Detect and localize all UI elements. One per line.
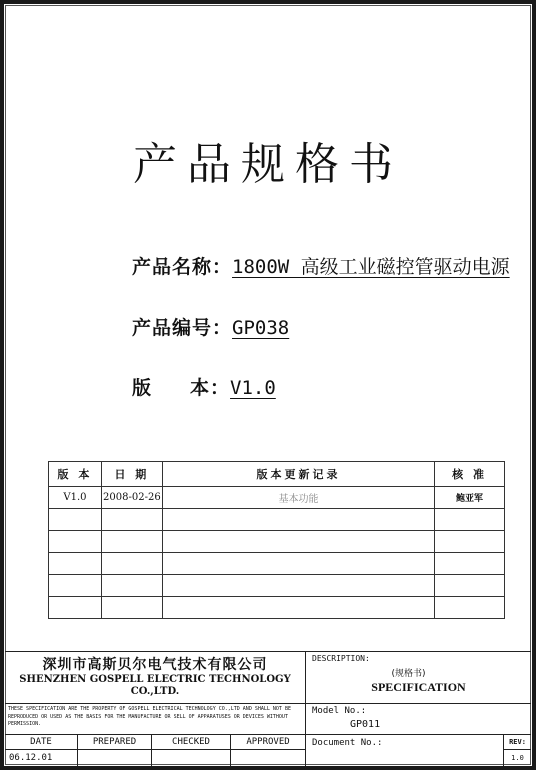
model-value: GP011: [350, 719, 525, 730]
version-label-part2: 本：: [190, 377, 230, 399]
revision-table: 版 本 日 期 版本更新记录 核 准 V1.0 2008-02-26 基本功能 …: [48, 461, 505, 619]
product-name-field: 产品名称：1800W 高级工业磁控管驱动电源: [132, 252, 510, 279]
header-change-log: 版本更新记录: [162, 462, 434, 487]
cell-version: [49, 553, 102, 575]
rev-value: 1.0: [504, 750, 531, 766]
description-cn: (规格书): [292, 666, 525, 679]
description-label: DESCRIPTION:: [312, 654, 525, 663]
product-number-value: GP038: [232, 317, 289, 339]
cell-version: [49, 509, 102, 531]
sig-value-checked: [152, 750, 231, 766]
document-number-cell: Document No.:: [306, 735, 504, 766]
sig-value-prepared: [78, 750, 152, 766]
version-field: 版本：V1.0: [132, 373, 276, 400]
cell-date: [101, 597, 162, 619]
cell-version: V1.0: [49, 487, 102, 509]
sig-header-prepared: PREPARED: [78, 735, 152, 750]
cell-version: [49, 575, 102, 597]
cell-approval: [435, 531, 505, 553]
cell-change-log: [162, 553, 434, 575]
property-notice: THESE SPECIFICATION ARE THE PROPERTY OF …: [5, 704, 306, 735]
product-name-value: 1800W 高级工业磁控管驱动电源: [232, 256, 510, 278]
cell-change-log: 基本功能: [162, 487, 434, 509]
table-row: [49, 597, 505, 619]
version-value: V1.0: [230, 377, 276, 399]
table-row: [49, 509, 505, 531]
cell-change-log: [162, 597, 434, 619]
cell-change-log: [162, 509, 434, 531]
version-label: 版本：: [132, 377, 230, 399]
table-row: [49, 531, 505, 553]
document-title: 产品规格书: [0, 128, 536, 192]
cell-approval: [435, 509, 505, 531]
description-en: SPECIFICATION: [312, 680, 525, 695]
sig-header-approved: APPROVED: [231, 735, 306, 750]
product-number-label: 产品编号：: [132, 317, 232, 339]
cell-version: [49, 531, 102, 553]
model-cell: Model No.: GP011: [306, 704, 531, 735]
company-name-en-1: SHENZHEN GOSPELL ELECTRIC TECHNOLOGY: [5, 674, 305, 686]
document-number-label: Document No.:: [312, 738, 497, 748]
cell-approval: [435, 575, 505, 597]
cell-change-log: [162, 531, 434, 553]
version-label-part1: 版: [132, 377, 152, 399]
cell-approval: [435, 597, 505, 619]
header-approval: 核 准: [435, 462, 505, 487]
sig-value-date: 06.12.01: [5, 750, 78, 766]
title-block: 深圳市高斯贝尔电气技术有限公司 SHENZHEN GOSPELL ELECTRI…: [5, 651, 531, 765]
model-label: Model No.:: [312, 706, 525, 716]
sig-header-checked: CHECKED: [152, 735, 231, 750]
cell-version: [49, 597, 102, 619]
revision-table-header: 版 本 日 期 版本更新记录 核 准: [49, 462, 505, 487]
company-cell: 深圳市高斯贝尔电气技术有限公司 SHENZHEN GOSPELL ELECTRI…: [5, 652, 306, 704]
header-date: 日 期: [101, 462, 162, 487]
cell-date: [101, 531, 162, 553]
cell-date: [101, 509, 162, 531]
header-version: 版 本: [49, 462, 102, 487]
description-cell: DESCRIPTION: (规格书) SPECIFICATION: [306, 652, 531, 704]
company-name-cn: 深圳市高斯贝尔电气技术有限公司: [5, 654, 305, 674]
cell-date: [101, 553, 162, 575]
cell-approval: 鲍亚军: [435, 487, 505, 509]
table-row: [49, 575, 505, 597]
rev-label: REV:: [504, 735, 531, 750]
sig-value-approved: [231, 750, 306, 766]
product-name-label: 产品名称：: [132, 256, 232, 278]
cell-change-log: [162, 575, 434, 597]
table-row: V1.0 2008-02-26 基本功能 鲍亚军: [49, 487, 505, 509]
cell-approval: [435, 553, 505, 575]
sig-header-date: DATE: [5, 735, 78, 750]
company-name-en-2: CO.,LTD.: [5, 686, 305, 698]
cell-date: [101, 575, 162, 597]
product-number-field: 产品编号：GP038: [132, 313, 289, 340]
cell-date: 2008-02-26: [101, 487, 162, 509]
table-row: [49, 553, 505, 575]
